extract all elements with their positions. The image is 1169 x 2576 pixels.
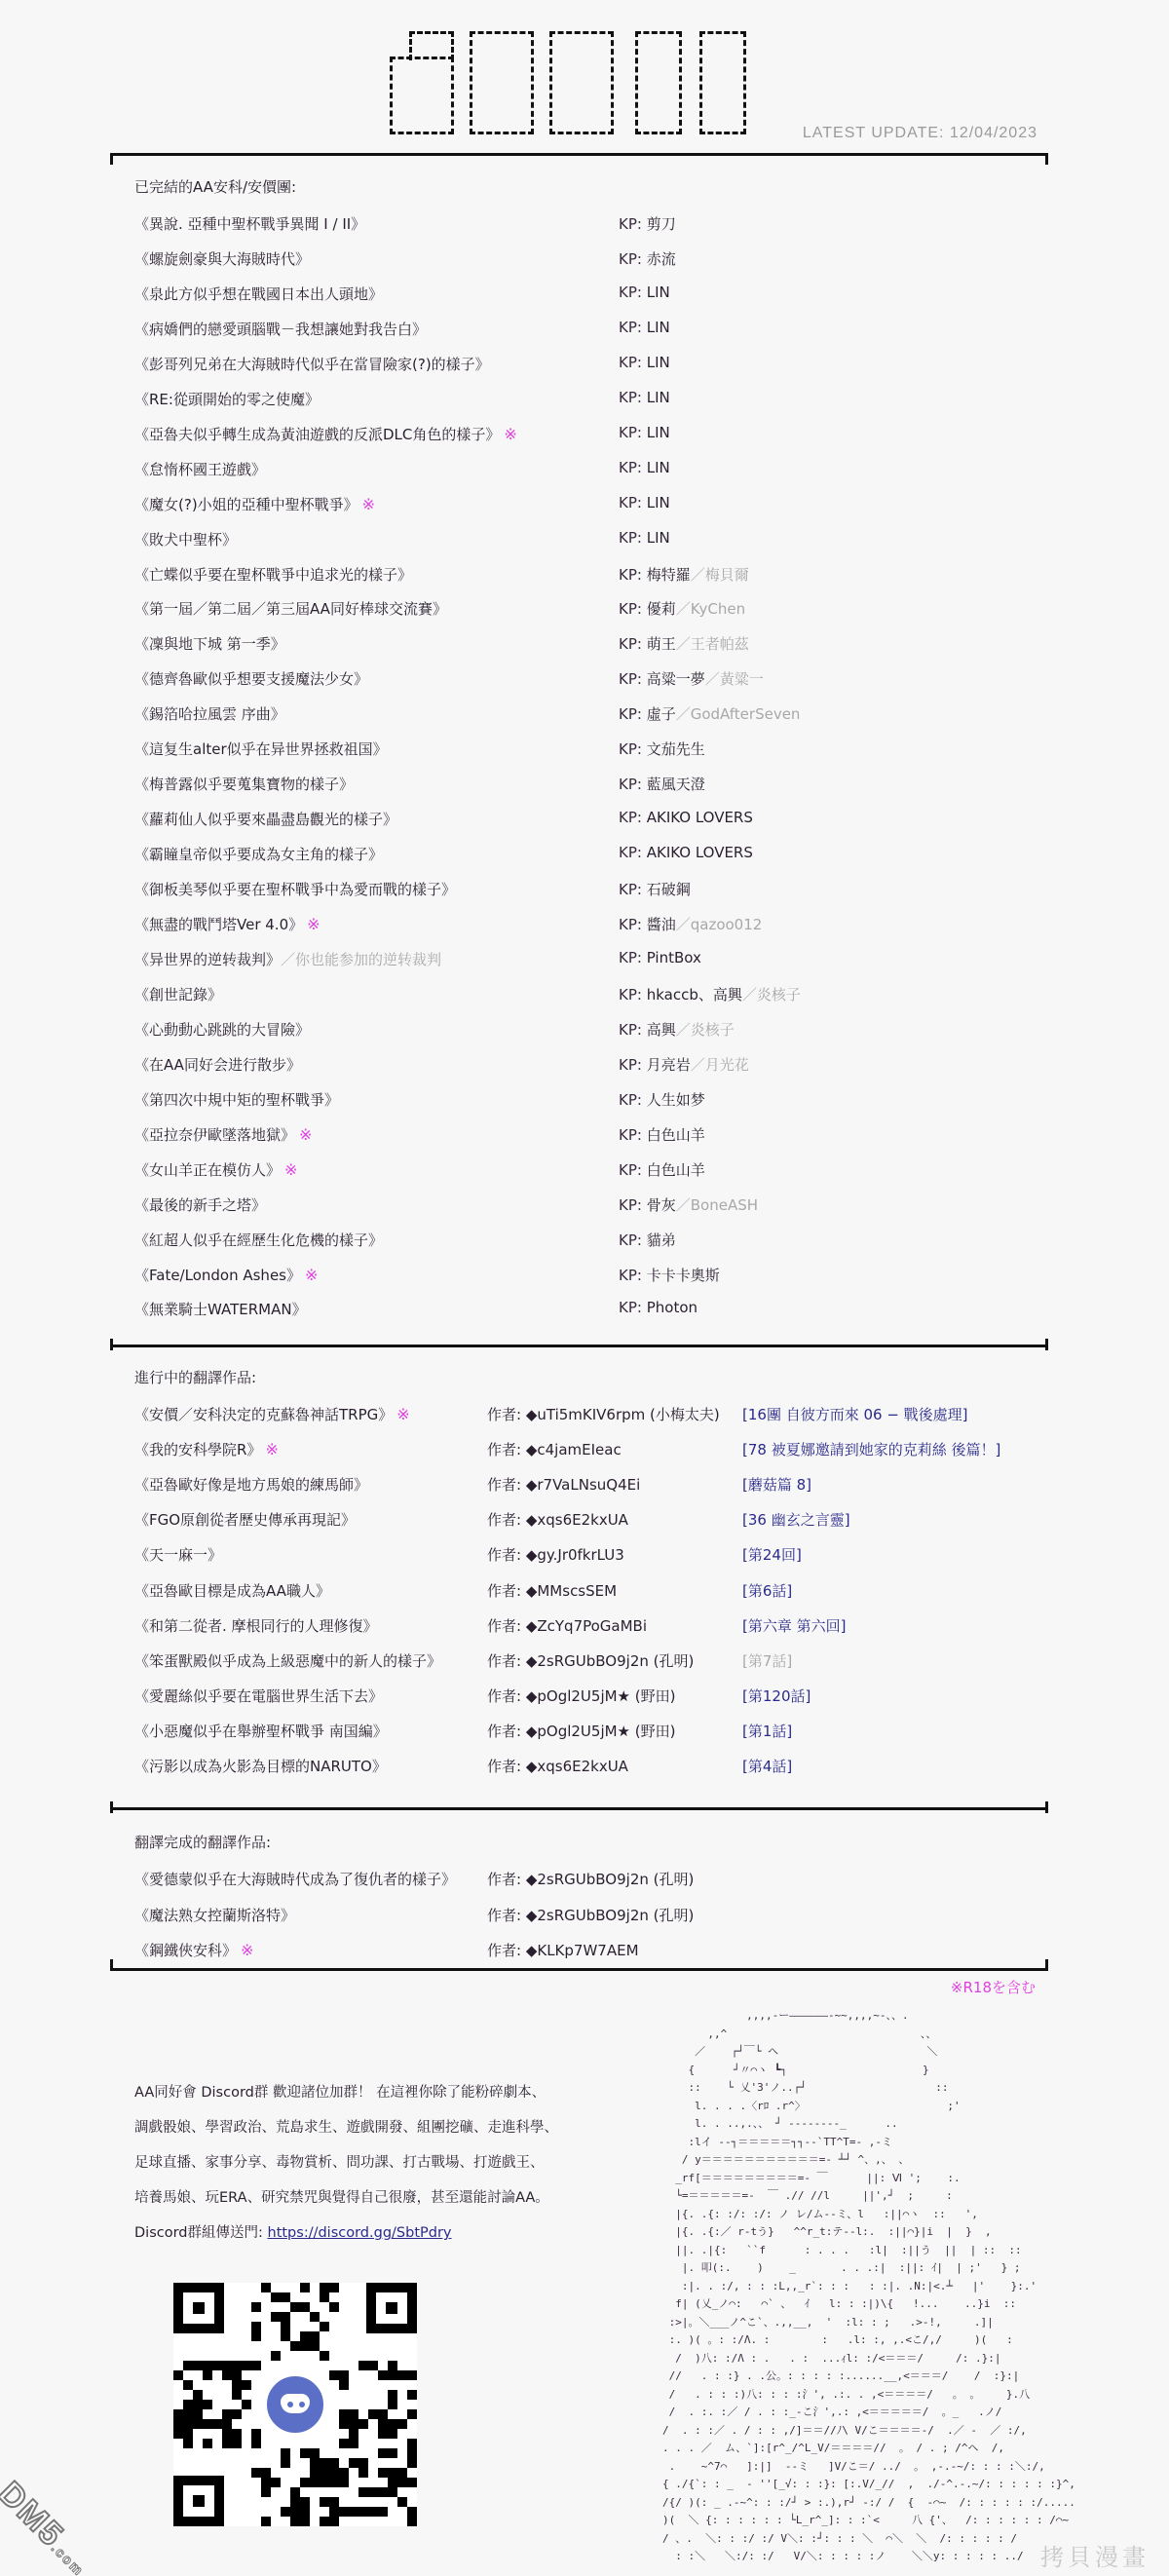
kp-label: KP: <box>619 600 647 618</box>
latest-chapter-link[interactable]: [78 被夏娜邀請到她家的克莉絲 後篇！] <box>742 1439 1000 1459</box>
kp-name: 萌王 <box>647 635 676 653</box>
ongoing-row: 《和第二從者. 摩根同行的人理修復》 <box>134 1615 382 1637</box>
work-title: 《無盡的戰鬥塔Ver 4.0》 <box>134 916 303 933</box>
author-credit: 作者: ◆r7VaLNsuQ4Ei <box>487 1474 640 1495</box>
work-title: 《無業騎士WATERMAN》 <box>134 1301 307 1318</box>
work-title: 《異說. 亞種中聖杯戰爭異聞 I / II》 <box>134 215 365 233</box>
work-title: 《敗犬中聖杯》 <box>134 531 237 549</box>
completed-row: 《無盡的戰鬥塔Ver 4.0》※ <box>134 914 321 935</box>
ongoing-row: 《安價／安科決定的克蘇魯神話TRPG》※ <box>134 1404 410 1425</box>
kp-name: 月亮岩 <box>647 1056 691 1074</box>
completed-row: 《凜與地下城 第一季》 <box>134 633 289 655</box>
ongoing-row: 《我的安科學院R》※ <box>134 1439 279 1460</box>
kp-name: 赤流 <box>647 250 676 268</box>
kp-credit: KP: 藍風天澄 <box>619 774 705 794</box>
r18-mark-icon: ※ <box>362 495 375 513</box>
author-trip: ◆c4jamEIeac <box>526 1441 622 1458</box>
work-title: 《亞魯歐好像是地方馬娘的練馬師》 <box>134 1476 368 1494</box>
author-credit: 作者: ◆MMscsSEM <box>487 1580 617 1601</box>
kp-label: KP: <box>619 354 647 371</box>
completed-row: 《魔女(?)小姐的亞種中聖杯戰爭》※ <box>134 494 375 515</box>
completed-row: 《彭哥列兄弟在大海賊時代似乎在當冒險家(?)的樣子》 <box>134 354 494 375</box>
latest-chapter-link[interactable]: [36 幽玄之言靈] <box>742 1509 850 1530</box>
author-label: 作者: <box>487 1907 526 1924</box>
kp-credit: KP: 虛子／GodAfterSeven <box>619 703 800 724</box>
kp-alt-name: ／黃粱一 <box>705 670 764 688</box>
work-title: 《女山羊正在模仿人》 <box>134 1161 281 1179</box>
kp-name: 梅特羅 <box>647 566 691 584</box>
kp-credit: KP: hkaccb、高興／炎核子 <box>619 984 801 1004</box>
latest-chapter-link[interactable]: [第7話] <box>742 1650 792 1671</box>
kp-name: LIN <box>647 284 670 301</box>
work-title: 《亡蝶似乎要在聖杯戰爭中追求光的樣子》 <box>134 566 412 584</box>
kp-name: 貓弟 <box>647 1231 676 1249</box>
completed-row: 《錫箔哈拉風雲 序曲》 <box>134 703 289 725</box>
author-label: 作者: <box>487 1441 526 1458</box>
kp-label: KP: <box>619 776 647 793</box>
author-label: 作者: <box>487 1871 526 1888</box>
title-letter-i1 <box>635 31 682 134</box>
latest-chapter-link[interactable]: [第六章 第六回] <box>742 1615 846 1636</box>
discord-line: 足球直播、家事分享、毒物賞析、問功課、打古戰場、打遊戲王、 <box>134 2145 602 2180</box>
kp-name: LIN <box>647 529 670 547</box>
work-title: 《第一屆／第二屆／第三屆AA同好棒球交流賽》 <box>134 600 447 618</box>
latest-chapter-link[interactable]: [第1話] <box>742 1721 792 1741</box>
kp-name: 高粱一夢 <box>647 670 705 688</box>
kp-name: 優莉 <box>647 600 676 618</box>
author-trip: ◆pOgl2U5jM★ (野田) <box>526 1687 676 1705</box>
kp-name: 高興 <box>647 1021 676 1039</box>
kp-alt-name: ／BoneASH <box>676 1196 758 1214</box>
ongoing-row: 《FGO原創從者歷史傳承再現記》 <box>134 1509 359 1531</box>
kp-credit: KP: 高興／炎核子 <box>619 1019 735 1040</box>
qr-finder-top-left <box>173 2283 224 2333</box>
kp-alt-name: ／炎核子 <box>676 1021 735 1039</box>
r18-mark-icon: ※ <box>265 1440 278 1458</box>
author-trip: ◆2sRGUbBO9j2n (孔明) <box>526 1871 695 1888</box>
kp-name: Photon <box>647 1299 698 1316</box>
kp-name: PintBox <box>647 949 701 966</box>
copymanga-watermark: 拷貝漫畫 <box>1040 2538 1150 2572</box>
completed-row: 《異說. 亞種中聖杯戰爭異聞 I / II》 <box>134 213 369 235</box>
author-credit: 作者: ◆xqs6E2kxUA <box>487 1509 628 1530</box>
kp-label: KP: <box>619 424 647 441</box>
title-letter-a-top <box>409 31 454 60</box>
kp-label: KP: <box>619 1091 647 1109</box>
work-title: 《怠惰杯國王遊戲》 <box>134 461 266 478</box>
work-title: 《魔女(?)小姐的亞種中聖杯戰爭》 <box>134 496 358 513</box>
kp-credit: KP: 赤流 <box>619 248 676 269</box>
author-label: 作者: <box>487 1511 526 1529</box>
ongoing-row: 《天一麻一》 <box>134 1544 226 1566</box>
author-label: 作者: <box>487 1582 526 1600</box>
author-credit: 作者: ◆ZcYq7PoGaMBi <box>487 1615 647 1636</box>
kp-label: KP: <box>619 1126 647 1144</box>
r18-mark-icon: ※ <box>396 1405 409 1423</box>
r18-mark-icon: ※ <box>241 1941 253 1959</box>
kp-name: 骨灰 <box>647 1196 676 1214</box>
kp-name: 文茄先生 <box>647 740 705 758</box>
author-credit: 作者: ◆2sRGUbBO9j2n (孔明) <box>487 1905 694 1925</box>
work-title: 《在AA同好会进行散步》 <box>134 1056 301 1074</box>
kp-name: hkaccb、高興 <box>647 986 742 1004</box>
work-title: 《創世記錄》 <box>134 986 222 1004</box>
author-label: 作者: <box>487 1758 526 1775</box>
work-title: 《霸瞳皇帝似乎要成為女主角的樣子》 <box>134 846 383 863</box>
kp-credit: KP: 醬油／qazoo012 <box>619 914 762 934</box>
kp-label: KP: <box>619 881 647 898</box>
work-title: 《亞魯夫似乎轉生成為黃油遊戲的反派DLC角色的樣子》 <box>134 426 500 443</box>
work-title: 《最後的新手之塔》 <box>134 1196 266 1214</box>
kp-label: KP: <box>619 250 647 268</box>
completed-row: 《蘿莉仙人似乎要來畾盡島觀光的樣子》 <box>134 809 401 830</box>
work-title: 《亞拉奈伊歐墜落地獄》 <box>134 1126 295 1144</box>
author-credit: 作者: ◆xqs6E2kxUA <box>487 1756 628 1776</box>
section-divider-top <box>110 153 1048 156</box>
discord-line: 培養馬娘、玩ERA、研究禁咒與覺得自己很廢，甚至還能討論AA。 <box>134 2180 602 2216</box>
kp-name: LIN <box>647 354 670 371</box>
author-trip: ◆gy.Jr0fkrLU3 <box>526 1546 624 1564</box>
kp-label: KP: <box>619 319 647 336</box>
kp-name: 人生如梦 <box>647 1091 705 1109</box>
work-title: 《污影以成為火影為目標的NARUTO》 <box>134 1758 387 1775</box>
completed-row: 《御板美琴似乎要在聖杯戰爭中為愛而戰的樣子》 <box>134 879 460 900</box>
work-title: 《异世界的逆转裁判》 <box>134 951 281 968</box>
discord-link-line: Discord群組傳送門: https://discord.gg/SbtPdry <box>134 2216 602 2251</box>
title-letter-a <box>390 57 454 134</box>
r18-mark-icon: ※ <box>504 425 516 443</box>
completed-row: 《梅普露似乎要蒐集寶物的樣子》 <box>134 774 358 795</box>
author-credit: 作者: ◆pOgl2U5jM★ (野田) <box>487 1686 675 1706</box>
kp-credit: KP: 萌王／王者帕茲 <box>619 633 749 654</box>
kp-name: AKIKO LOVERS <box>647 844 753 861</box>
finished-row: 《愛德蒙似乎在大海賊時代成為了復仇者的樣子》 <box>134 1869 460 1890</box>
kp-label: KP: <box>619 986 647 1004</box>
ongoing-row: 《笨蛋獸殿似乎成為上級惡魔中的新人的樣子》 <box>134 1650 445 1672</box>
discord-line: AA同好會 Discord群 歡迎諸位加群！ 在這裡你除了能粉碎劇本、 <box>134 2075 602 2110</box>
author-label: 作者: <box>487 1942 526 1959</box>
work-title-alt: ／你也能参加的逆转裁判 <box>281 951 441 968</box>
completed-row: 《泉此方似乎想在戰國日本出人頭地》 <box>134 284 387 305</box>
kp-label: KP: <box>619 949 647 966</box>
kp-label: KP: <box>619 1299 647 1316</box>
author-label: 作者: <box>487 1546 526 1564</box>
completed-heading: 已完結的AA安科/安價團: <box>134 176 296 197</box>
completed-row: 《最後的新手之塔》 <box>134 1194 270 1216</box>
kp-credit: KP: LIN <box>619 319 670 336</box>
kp-credit: KP: 白色山羊 <box>619 1159 705 1180</box>
ascii-art-illustration: ,,,,-ー――――――-~~,,,,~-、、. ,,^ 、、 ／ ┌┘￣└ ヘ… <box>662 2007 1075 2566</box>
completed-row: 《亞拉奈伊歐墜落地獄》※ <box>134 1124 312 1146</box>
kp-name: LIN <box>647 319 670 336</box>
author-trip: ◆uTi5mKIV6rpm (小梅太夫) <box>526 1406 720 1423</box>
kp-credit: KP: AKIKO LOVERS <box>619 809 753 826</box>
work-title: 《泉此方似乎想在戰國日本出人頭地》 <box>134 285 383 303</box>
work-title: 《螺旋劍豪與大海賊時代》 <box>134 250 310 268</box>
section-divider-bottom <box>110 1968 1048 1971</box>
kp-name: LIN <box>647 389 670 406</box>
title-letter-i2 <box>699 31 746 134</box>
work-title: 《蘿莉仙人似乎要來畾盡島觀光的樣子》 <box>134 811 397 828</box>
kp-label: KP: <box>619 635 647 653</box>
author-label: 作者: <box>487 1476 526 1494</box>
kp-name: 白色山羊 <box>647 1161 705 1179</box>
kp-credit: KP: LIN <box>619 284 670 301</box>
completed-row: 《在AA同好会进行散步》 <box>134 1054 305 1076</box>
completed-row: 《德齊魯歐似乎想要支援魔法少女》 <box>134 668 372 690</box>
work-title: 《笨蛋獸殿似乎成為上級惡魔中的新人的樣子》 <box>134 1652 441 1670</box>
kp-credit: KP: LIN <box>619 389 670 406</box>
discord-invite-link[interactable]: https://discord.gg/SbtPdry <box>268 2225 452 2241</box>
work-title: 《天一麻一》 <box>134 1546 222 1564</box>
finished-row: 《鋼鐵俠安科》※ <box>134 1940 253 1961</box>
work-title: 《鋼鐵俠安科》 <box>134 1942 237 1959</box>
kp-label: KP: <box>619 494 647 511</box>
latest-chapter-link[interactable]: [第24回] <box>742 1544 802 1565</box>
work-title: 《梅普露似乎要蒐集寶物的樣子》 <box>134 776 354 793</box>
kp-label: KP: <box>619 916 647 933</box>
author-label: 作者: <box>487 1652 526 1670</box>
kp-label: KP: <box>619 529 647 547</box>
r18-mark-icon: ※ <box>299 1125 312 1144</box>
kp-credit: KP: 剪刀 <box>619 213 676 234</box>
kp-alt-name: ／梅貝爾 <box>691 566 749 584</box>
work-title: 《愛麗絲似乎要在電腦世界生活下去》 <box>134 1687 383 1705</box>
author-trip: ◆pOgl2U5jM★ (野田) <box>526 1723 676 1740</box>
discord-promo: AA同好會 Discord群 歡迎諸位加群！ 在這裡你除了能粉碎劇本、 調戲骰娘… <box>134 2075 602 2251</box>
ongoing-row: 《小惡魔似乎在舉辦聖杯戰爭 南国編》 <box>134 1721 392 1742</box>
kp-name: LIN <box>647 424 670 441</box>
ongoing-row: 《亞魯歐目標是成為AA職人》 <box>134 1580 334 1602</box>
completed-row: 《心動動心跳跳的大冒險》 <box>134 1019 314 1041</box>
completed-row: 《螺旋劍豪與大海賊時代》 <box>134 248 314 270</box>
ongoing-row: 《愛麗絲似乎要在電腦世界生活下去》 <box>134 1686 387 1707</box>
work-title: 《凜與地下城 第一季》 <box>134 635 285 653</box>
completed-row: 《Fate/London Ashes》※ <box>134 1265 318 1286</box>
work-title: 《Fate/London Ashes》 <box>134 1267 301 1284</box>
kp-credit: KP: 月亮岩／月光花 <box>619 1054 749 1075</box>
r18-mark-icon: ※ <box>307 915 320 933</box>
latest-chapter-link[interactable]: [16團 自彼方而來 06 − 戰後處理] <box>742 1404 968 1424</box>
kp-alt-name: ／KyChen <box>676 600 745 618</box>
completed-row: 《無業騎士WATERMAN》 <box>134 1299 311 1320</box>
kp-alt-name: ／月光花 <box>691 1056 749 1074</box>
completed-row: 《創世記錄》 <box>134 984 226 1005</box>
kp-credit: KP: 骨灰／BoneASH <box>619 1194 758 1215</box>
work-title: 《錫箔哈拉風雲 序曲》 <box>134 705 285 723</box>
completed-row: 《亡蝶似乎要在聖杯戰爭中追求光的樣子》 <box>134 564 416 586</box>
work-title: 《RE:從頭開始的零之使魔》 <box>134 391 320 408</box>
discord-line: 調戲骰娘、學習政治、荒島求生、遊戲開發、組團挖礦、走進科學、 <box>134 2110 602 2145</box>
completed-row: 《第一屆／第二屆／第三屆AA同好棒球交流賽》 <box>134 598 451 620</box>
qr-finder-top-right <box>366 2283 417 2333</box>
work-title: 《魔法熟女控蘭斯洛特》 <box>134 1907 295 1924</box>
kp-credit: KP: 白色山羊 <box>619 1124 705 1145</box>
r18-note: ※R18を含む <box>951 1977 1036 1997</box>
completed-row: 《第四次中規中矩的聖杯戰爭》 <box>134 1089 343 1111</box>
finished-heading: 翻譯完成的翻譯作品: <box>134 1832 271 1852</box>
kp-name: 白色山羊 <box>647 1126 705 1144</box>
kp-label: KP: <box>619 705 647 723</box>
kp-name: 藍風天澄 <box>647 776 705 793</box>
discord-logo-icon <box>263 2372 327 2437</box>
author-label: 作者: <box>487 1406 526 1423</box>
author-credit: 作者: ◆2sRGUbBO9j2n (孔明) <box>487 1650 694 1671</box>
author-trip: ◆MMscsSEM <box>526 1582 617 1600</box>
kp-label: KP: <box>619 1231 647 1249</box>
finished-row: 《魔法熟女控蘭斯洛特》 <box>134 1905 299 1926</box>
discord-link-label: Discord群組傳送門: <box>134 2225 268 2241</box>
kp-label: KP: <box>619 566 647 584</box>
work-title: 《病嬌們的戀愛頭腦戰－我想讓她對我告白》 <box>134 321 427 338</box>
kp-label: KP: <box>619 844 647 861</box>
author-trip: ◆2sRGUbBO9j2n (孔明) <box>526 1907 695 1924</box>
kp-name: 虛子 <box>647 705 676 723</box>
completed-row: 《敗犬中聖杯》 <box>134 529 241 550</box>
kp-name: 卡卡卡奧斯 <box>647 1267 720 1284</box>
latest-chapter-link[interactable]: [第120話] <box>742 1686 811 1706</box>
author-trip: ◆ZcYq7PoGaMBi <box>526 1617 647 1635</box>
dm5-watermark: DM5.com <box>0 2475 99 2576</box>
kp-label: KP: <box>619 389 647 406</box>
kp-credit: KP: 貓弟 <box>619 1230 676 1250</box>
latest-update: LATEST UPDATE: 12/04/2023 <box>803 125 1037 142</box>
kp-name: 剪刀 <box>647 215 676 233</box>
ongoing-row: 《污影以成為火影為目標的NARUTO》 <box>134 1756 391 1777</box>
kp-credit: KP: 高粱一夢／黃粱一 <box>619 668 764 689</box>
work-title: 《愛德蒙似乎在大海賊時代成為了復仇者的樣子》 <box>134 1871 456 1888</box>
author-trip: ◆xqs6E2kxUA <box>526 1511 628 1529</box>
kp-credit: KP: Photon <box>619 1299 698 1316</box>
ascii-title-art <box>390 31 764 140</box>
completed-row: 《异世界的逆转裁判》／你也能参加的逆转裁判 <box>134 949 445 970</box>
author-label: 作者: <box>487 1723 526 1740</box>
author-credit: 作者: ◆uTi5mKIV6rpm (小梅太夫) <box>487 1404 720 1424</box>
kp-credit: KP: 石破鋼 <box>619 879 691 899</box>
completed-row: 《霸瞳皇帝似乎要成為女主角的樣子》 <box>134 844 387 865</box>
latest-chapter-link[interactable]: [第4話] <box>742 1756 792 1776</box>
work-title: 《安價／安科決定的克蘇魯神話TRPG》 <box>134 1406 393 1423</box>
kp-label: KP: <box>619 1267 647 1284</box>
work-title: 《德齊魯歐似乎想要支援魔法少女》 <box>134 670 368 688</box>
latest-chapter-link[interactable]: [蘑菇篇 8] <box>742 1474 811 1495</box>
work-title: 《彭哥列兄弟在大海賊時代似乎在當冒險家(?)的樣子》 <box>134 356 490 373</box>
kp-alt-name: ／炎核子 <box>742 986 801 1004</box>
kp-label: KP: <box>619 1021 647 1039</box>
work-title: 《這复生alter似乎在异世界拯救祖国》 <box>134 740 388 758</box>
author-trip: ◆2sRGUbBO9j2n (孔明) <box>526 1652 695 1670</box>
title-letter-s <box>470 31 534 134</box>
completed-row: 《亞魯夫似乎轉生成為黃油遊戲的反派DLC角色的樣子》※ <box>134 424 517 445</box>
kp-credit: KP: LIN <box>619 424 670 441</box>
kp-label: KP: <box>619 670 647 688</box>
kp-alt-name: ／王者帕茲 <box>676 635 749 653</box>
work-title: 《和第二從者. 摩根同行的人理修復》 <box>134 1617 378 1635</box>
kp-label: KP: <box>619 459 647 476</box>
kp-label: KP: <box>619 1056 647 1074</box>
author-credit: 作者: ◆2sRGUbBO9j2n (孔明) <box>487 1869 694 1889</box>
ongoing-row: 《亞魯歐好像是地方馬娘的練馬師》 <box>134 1474 372 1496</box>
kp-credit: KP: LIN <box>619 494 670 511</box>
kp-label: KP: <box>619 1161 647 1179</box>
kp-label: KP: <box>619 809 647 826</box>
kp-credit: KP: 文茄先生 <box>619 739 705 759</box>
work-title: 《亞魯歐目標是成為AA職人》 <box>134 1582 330 1600</box>
author-label: 作者: <box>487 1617 526 1635</box>
work-title: 《小惡魔似乎在舉辦聖杯戰爭 南国編》 <box>134 1723 388 1740</box>
completed-row: 《紅超人似乎在經歷生化危機的樣子》 <box>134 1230 387 1251</box>
work-title: 《第四次中規中矩的聖杯戰爭》 <box>134 1091 339 1109</box>
completed-row: 《女山羊正在模仿人》※ <box>134 1159 297 1181</box>
kp-credit: KP: LIN <box>619 529 670 547</box>
discord-qr-code <box>173 2283 417 2526</box>
section-divider-3 <box>110 1807 1048 1810</box>
kp-credit: KP: AKIKO LOVERS <box>619 844 753 861</box>
kp-label: KP: <box>619 740 647 758</box>
ongoing-heading: 進行中的翻譯作品: <box>134 1367 256 1387</box>
r18-mark-icon: ※ <box>284 1160 297 1179</box>
kp-name: LIN <box>647 459 670 476</box>
kp-label: KP: <box>619 1196 647 1214</box>
work-title: 《心動動心跳跳的大冒險》 <box>134 1021 310 1039</box>
latest-chapter-link[interactable]: [第6話] <box>742 1580 792 1601</box>
kp-credit: KP: LIN <box>619 459 670 476</box>
author-trip: ◆xqs6E2kxUA <box>526 1758 628 1775</box>
kp-credit: KP: LIN <box>619 354 670 371</box>
kp-credit: KP: 梅特羅／梅貝爾 <box>619 564 749 585</box>
section-divider-2 <box>110 1345 1048 1347</box>
kp-name: AKIKO LOVERS <box>647 809 753 826</box>
author-credit: 作者: ◆c4jamEIeac <box>487 1439 622 1459</box>
kp-credit: KP: PintBox <box>619 949 701 966</box>
completed-row: 《這复生alter似乎在异世界拯救祖国》 <box>134 739 392 760</box>
author-credit: 作者: ◆gy.Jr0fkrLU3 <box>487 1544 624 1565</box>
work-title: 《御板美琴似乎要在聖杯戰爭中為愛而戰的樣子》 <box>134 881 456 898</box>
kp-name: LIN <box>647 494 670 511</box>
completed-row: 《怠惰杯國王遊戲》 <box>134 459 270 480</box>
author-trip: ◆r7VaLNsuQ4Ei <box>526 1476 640 1494</box>
kp-alt-name: ／qazoo012 <box>676 916 763 933</box>
kp-credit: KP: 人生如梦 <box>619 1089 705 1110</box>
author-label: 作者: <box>487 1687 526 1705</box>
author-trip: ◆KLKp7W7AEM <box>526 1942 639 1959</box>
author-credit: 作者: ◆KLKp7W7AEM <box>487 1940 639 1960</box>
completed-row: 《病嬌們的戀愛頭腦戰－我想讓她對我告白》 <box>134 319 431 340</box>
r18-mark-icon: ※ <box>305 1266 318 1284</box>
kp-name: 醬油 <box>647 916 676 933</box>
author-credit: 作者: ◆pOgl2U5jM★ (野田) <box>487 1721 675 1741</box>
kp-credit: KP: 優莉／KyChen <box>619 598 745 619</box>
work-title: 《紅超人似乎在經歷生化危機的樣子》 <box>134 1231 383 1249</box>
work-title: 《FGO原創從者歷史傳承再現記》 <box>134 1511 356 1529</box>
kp-label: KP: <box>619 284 647 301</box>
title-letter-c <box>549 31 614 134</box>
completed-row: 《RE:從頭開始的零之使魔》 <box>134 389 323 410</box>
kp-alt-name: ／GodAfterSeven <box>676 705 801 723</box>
work-title: 《我的安科學院R》 <box>134 1441 261 1458</box>
kp-label: KP: <box>619 215 647 233</box>
kp-credit: KP: 卡卡卡奧斯 <box>619 1265 720 1285</box>
kp-name: 石破鋼 <box>647 881 691 898</box>
qr-finder-bottom-left <box>173 2476 224 2526</box>
